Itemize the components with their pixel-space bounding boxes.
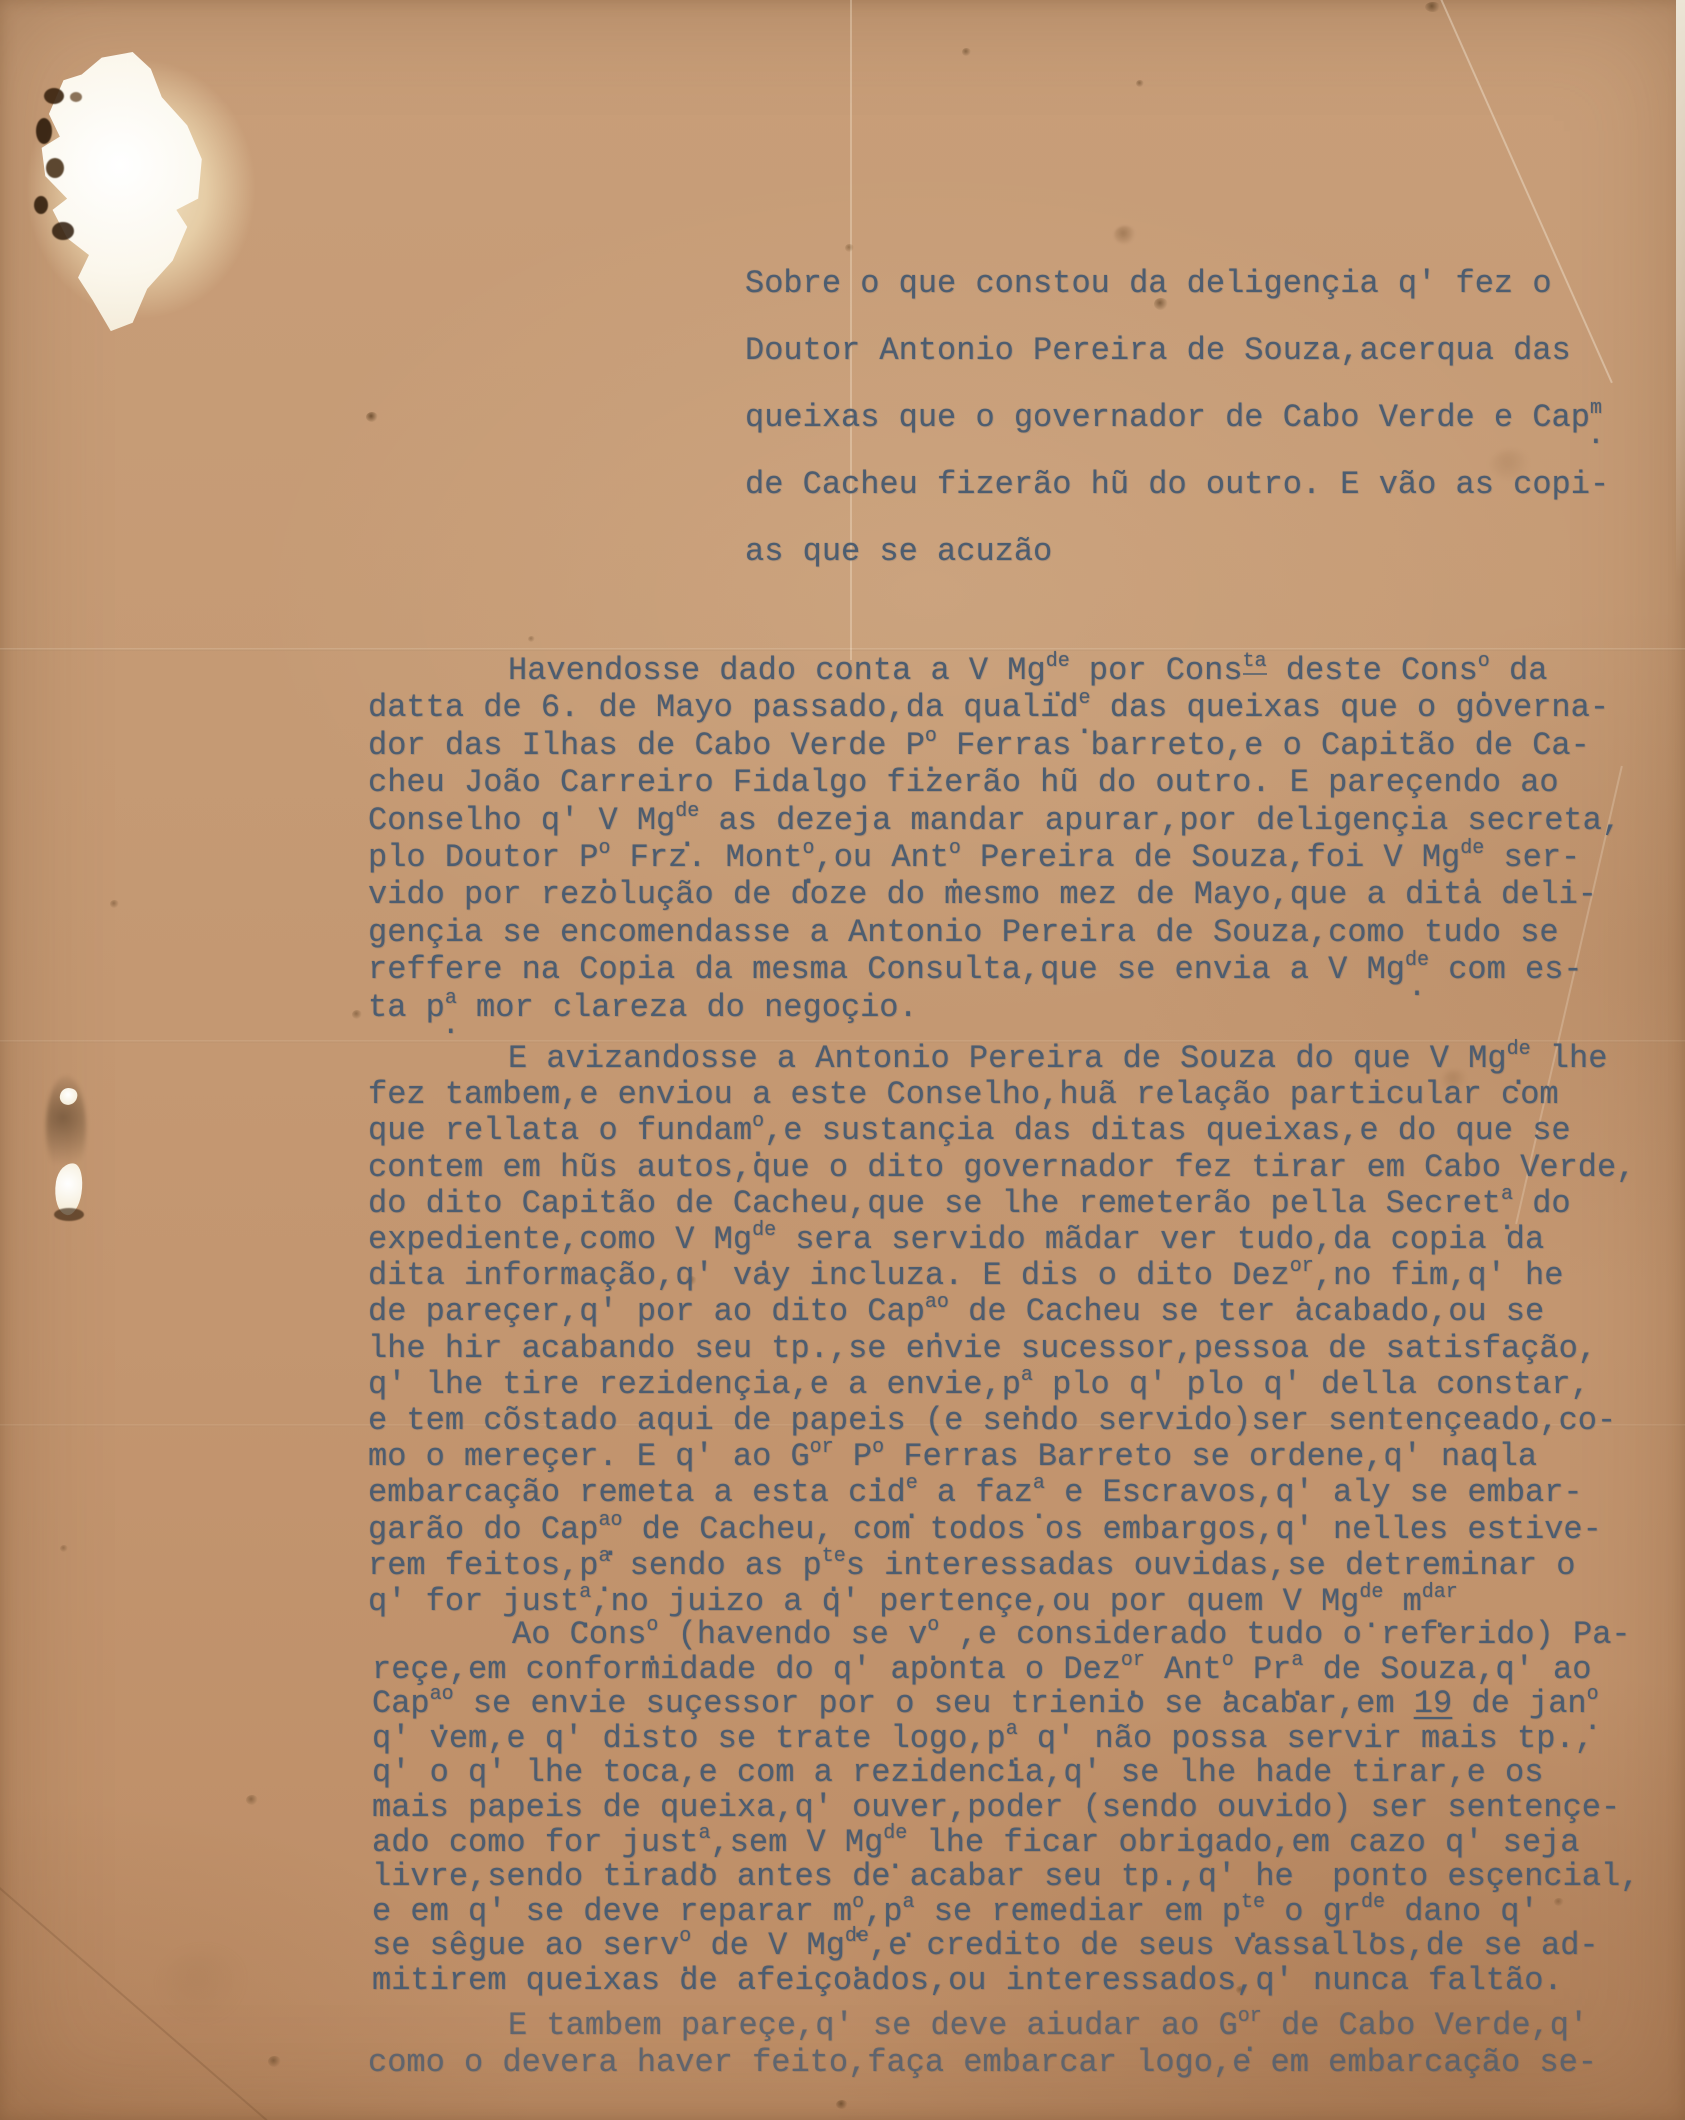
stain bbox=[962, 48, 971, 56]
text-line: datta de 6. de Mayo passado,da qualide. … bbox=[368, 689, 1621, 726]
superscript-abbreviation: te. bbox=[1241, 1902, 1265, 1926]
text-line: cheu João Carreiro Fidalgo fizerão hũ do… bbox=[368, 764, 1621, 801]
stain bbox=[268, 2056, 281, 2067]
text-line: vido por rezolução de doze do mesmo mez … bbox=[368, 876, 1621, 913]
stain bbox=[366, 412, 378, 422]
superscript-abbreviation: a. bbox=[903, 1902, 915, 1926]
burn-mark bbox=[70, 92, 82, 102]
paragraph-1: Havendosse dado conta a V Mgde. por Cons… bbox=[368, 652, 1621, 1026]
superscript-abbreviation: or bbox=[810, 1447, 834, 1471]
text-line: E tambem pareçe,q' se deve aiudar ao Gor… bbox=[368, 2008, 1597, 2045]
superscript-abbreviation: o. bbox=[598, 848, 610, 872]
superscript-abbreviation: de. bbox=[752, 1230, 776, 1254]
paragraph-3: Ao Conso. (havendo se vo. ,e considerado… bbox=[372, 1618, 1639, 1999]
stain bbox=[160, 1950, 250, 2020]
superscript-abbreviation: o. bbox=[949, 848, 961, 872]
superscript-abbreviation: o. bbox=[1587, 1694, 1599, 1718]
text-line: livre,sendo tirado antes de acabar seu t… bbox=[372, 1860, 1639, 1895]
text-line: E avizandosse a Antonio Pereira de Souza… bbox=[368, 1041, 1635, 1077]
superscript-abbreviation: o. bbox=[1478, 661, 1490, 685]
text-line: dita informação,q' vay incluza. E dis o … bbox=[368, 1258, 1635, 1294]
stain bbox=[1114, 226, 1136, 244]
text-line: reffere na Copia da mesma Consulta,que s… bbox=[368, 951, 1621, 988]
stain bbox=[528, 636, 535, 642]
text-line: reçe,em conformidade do q' aponta o Dezo… bbox=[372, 1653, 1639, 1688]
text-line: plo Doutor Po. Frz. Monto.,ou Anto. Pere… bbox=[368, 839, 1621, 876]
text-line: Ao Conso. (havendo se vo. ,e considerado… bbox=[372, 1618, 1639, 1653]
text-line: ta pa. mor clareza do negoçio. bbox=[368, 989, 1621, 1026]
burn-mark bbox=[52, 222, 74, 240]
text-line: Capao. se envie suçessor por o seu trien… bbox=[372, 1687, 1639, 1722]
text-line: queixas que o governador de Cabo Verde e… bbox=[745, 384, 1609, 451]
text-line: garão do Capao. de Cacheu, com todos os … bbox=[368, 1512, 1635, 1548]
superscript-abbreviation: a. bbox=[698, 1833, 710, 1857]
text-line: mais papeis de queixa,q' ouver,poder (se… bbox=[372, 1791, 1639, 1826]
superscript-abbreviation: de. bbox=[1405, 960, 1429, 984]
text-line: lhe hir acabando seu tp.,se envie sucess… bbox=[368, 1331, 1635, 1367]
superscript-abbreviation: de. bbox=[883, 1833, 907, 1857]
text-line: q' for justa.,no juizo a q' pertençe,ou … bbox=[368, 1584, 1635, 1620]
document-heading: Sobre o que constou da deligençia q' fez… bbox=[745, 250, 1609, 585]
text-line: como o devera haver feito,faça embarcar … bbox=[368, 2045, 1597, 2082]
superscript-abbreviation: a. bbox=[1291, 1660, 1303, 1684]
superscript-abbreviation: e. bbox=[906, 1483, 918, 1507]
burn-mark bbox=[34, 196, 48, 214]
superscript-abbreviation: de. bbox=[1046, 661, 1070, 685]
superscript-abbreviation: ao. bbox=[598, 1520, 622, 1544]
stain bbox=[1425, 2, 1441, 12]
stain bbox=[1136, 80, 1144, 87]
fold-line bbox=[0, 648, 1685, 651]
text-line: q' lhe tire rezidençia,e a envie,pa. plo… bbox=[368, 1367, 1635, 1403]
text-line: Doutor Antonio Pereira de Souza,acerqua … bbox=[745, 317, 1609, 384]
text-line: contem em hũs autos,que o dito governado… bbox=[368, 1150, 1635, 1186]
superscript-abbreviation: de. bbox=[1507, 1049, 1531, 1073]
superscript-abbreviation: o. bbox=[802, 848, 814, 872]
superscript-abbreviation: de. bbox=[675, 811, 699, 835]
superscript-abbreviation: o. bbox=[646, 1625, 658, 1649]
stain bbox=[60, 1545, 68, 1552]
superscript-abbreviation: or. bbox=[1121, 1660, 1145, 1684]
paragraph-2: E avizandosse a Antonio Pereira de Souza… bbox=[368, 1041, 1635, 1620]
superscript-abbreviation: o. bbox=[925, 736, 937, 760]
text-line: gençia se encomendasse a Antonio Pereira… bbox=[368, 914, 1621, 951]
document-scan: Sobre o que constou da deligençia q' fez… bbox=[0, 0, 1685, 2120]
superscript-abbreviation: o. bbox=[927, 1625, 939, 1649]
text-line: mo o mereçer. E q' ao Gor Po. Ferras Bar… bbox=[368, 1439, 1635, 1475]
superscript-abbreviation: ao. bbox=[925, 1302, 949, 1326]
text-line: ado como for justa.,sem V Mgde. lhe fica… bbox=[372, 1826, 1639, 1861]
text-line: dor das Ilhas de Cabo Verde Po. Ferras b… bbox=[368, 727, 1621, 764]
text-line: e tem cõstado aqui de papeis (e sendo se… bbox=[368, 1403, 1635, 1439]
text-line: de pareçer,q' por ao dito Capao. de Cach… bbox=[368, 1294, 1635, 1330]
superscript-abbreviation: a. bbox=[579, 1592, 591, 1616]
text-line: Sobre o que constou da deligençia q' fez… bbox=[745, 250, 1609, 317]
text-line: expediente,como V Mgde. sera servido mãd… bbox=[368, 1222, 1635, 1258]
stain bbox=[836, 2100, 848, 2109]
superscript-abbreviation: o. bbox=[679, 1936, 691, 1960]
superscript-abbreviation: o. bbox=[872, 1447, 884, 1471]
burn-mark bbox=[54, 1208, 84, 1221]
text-line: Havendosse dado conta a V Mgde. por Cons… bbox=[368, 652, 1621, 689]
superscript-abbreviation: de. bbox=[1361, 1902, 1385, 1926]
burn-mark bbox=[36, 118, 52, 144]
superscript-abbreviation: a. bbox=[598, 1556, 610, 1580]
superscript-abbreviation: te. bbox=[822, 1556, 846, 1580]
superscript-abbreviation: e. bbox=[1079, 698, 1091, 722]
text-line: Conselho q' V Mgde. as dezeja mandar apu… bbox=[368, 802, 1621, 839]
stain bbox=[352, 1010, 362, 1019]
text-line: rem feitos,pa. sendo as pte.s interessad… bbox=[368, 1548, 1635, 1584]
superscript-abbreviation: a. bbox=[1021, 1375, 1033, 1399]
burn-mark bbox=[46, 158, 64, 178]
superscript-abbreviation: a. bbox=[1006, 1729, 1018, 1753]
superscript-abbreviation: m. bbox=[1590, 408, 1602, 432]
text-line: mitirem queixas de afeiçoados,ou interes… bbox=[372, 1964, 1639, 1999]
superscript-abbreviation: or. bbox=[1290, 1266, 1314, 1290]
stain bbox=[246, 1795, 258, 1805]
superscript-abbreviation: a. bbox=[1501, 1194, 1513, 1218]
superscript-abbreviation: a. bbox=[1033, 1483, 1045, 1507]
text-line: fez tambem,e enviou a este Conselho,huã … bbox=[368, 1077, 1635, 1113]
text-line: q' vem,e q' disto se trate logo,pa. q' n… bbox=[372, 1722, 1639, 1757]
burn-mark bbox=[44, 88, 64, 104]
superscript-abbreviation: dar. bbox=[1422, 1592, 1458, 1616]
text-line: que rellata o fundamo.,e sustançia das d… bbox=[368, 1113, 1635, 1149]
superscript-abbreviation: a. bbox=[445, 998, 457, 1022]
superscript-abbreviation: ao. bbox=[430, 1694, 454, 1718]
superscript-abbreviation: or. bbox=[1238, 2016, 1262, 2040]
paragraph-4: E tambem pareçe,q' se deve aiudar ao Gor… bbox=[368, 2008, 1597, 2081]
text-line: as que se acuzão bbox=[745, 518, 1609, 585]
text-line: do dito Capitão de Cacheu,que se lhe rem… bbox=[368, 1186, 1635, 1222]
text-line: se sêgue ao servo. de V Mgde.,e credito … bbox=[372, 1929, 1639, 1964]
superscript-abbreviation: de. bbox=[845, 1936, 869, 1960]
superscript-abbreviation: de. bbox=[1359, 1592, 1383, 1616]
superscript-abbreviation: ta bbox=[1243, 661, 1267, 688]
text-line: embarcação remeta a esta cide. a faza. e… bbox=[368, 1475, 1635, 1511]
text-line: e em q' se deve reparar mo.,pa. se remed… bbox=[372, 1895, 1639, 1930]
scan-edge bbox=[1676, 0, 1685, 580]
text-line: de Cacheu fizerão hũ do outro. E vão as … bbox=[745, 451, 1609, 518]
superscript-abbreviation: o. bbox=[1222, 1660, 1234, 1684]
superscript-abbreviation: o. bbox=[852, 1902, 864, 1926]
stain bbox=[110, 900, 119, 908]
superscript-abbreviation: o. bbox=[752, 1121, 764, 1145]
superscript-abbreviation: de. bbox=[1460, 848, 1484, 872]
